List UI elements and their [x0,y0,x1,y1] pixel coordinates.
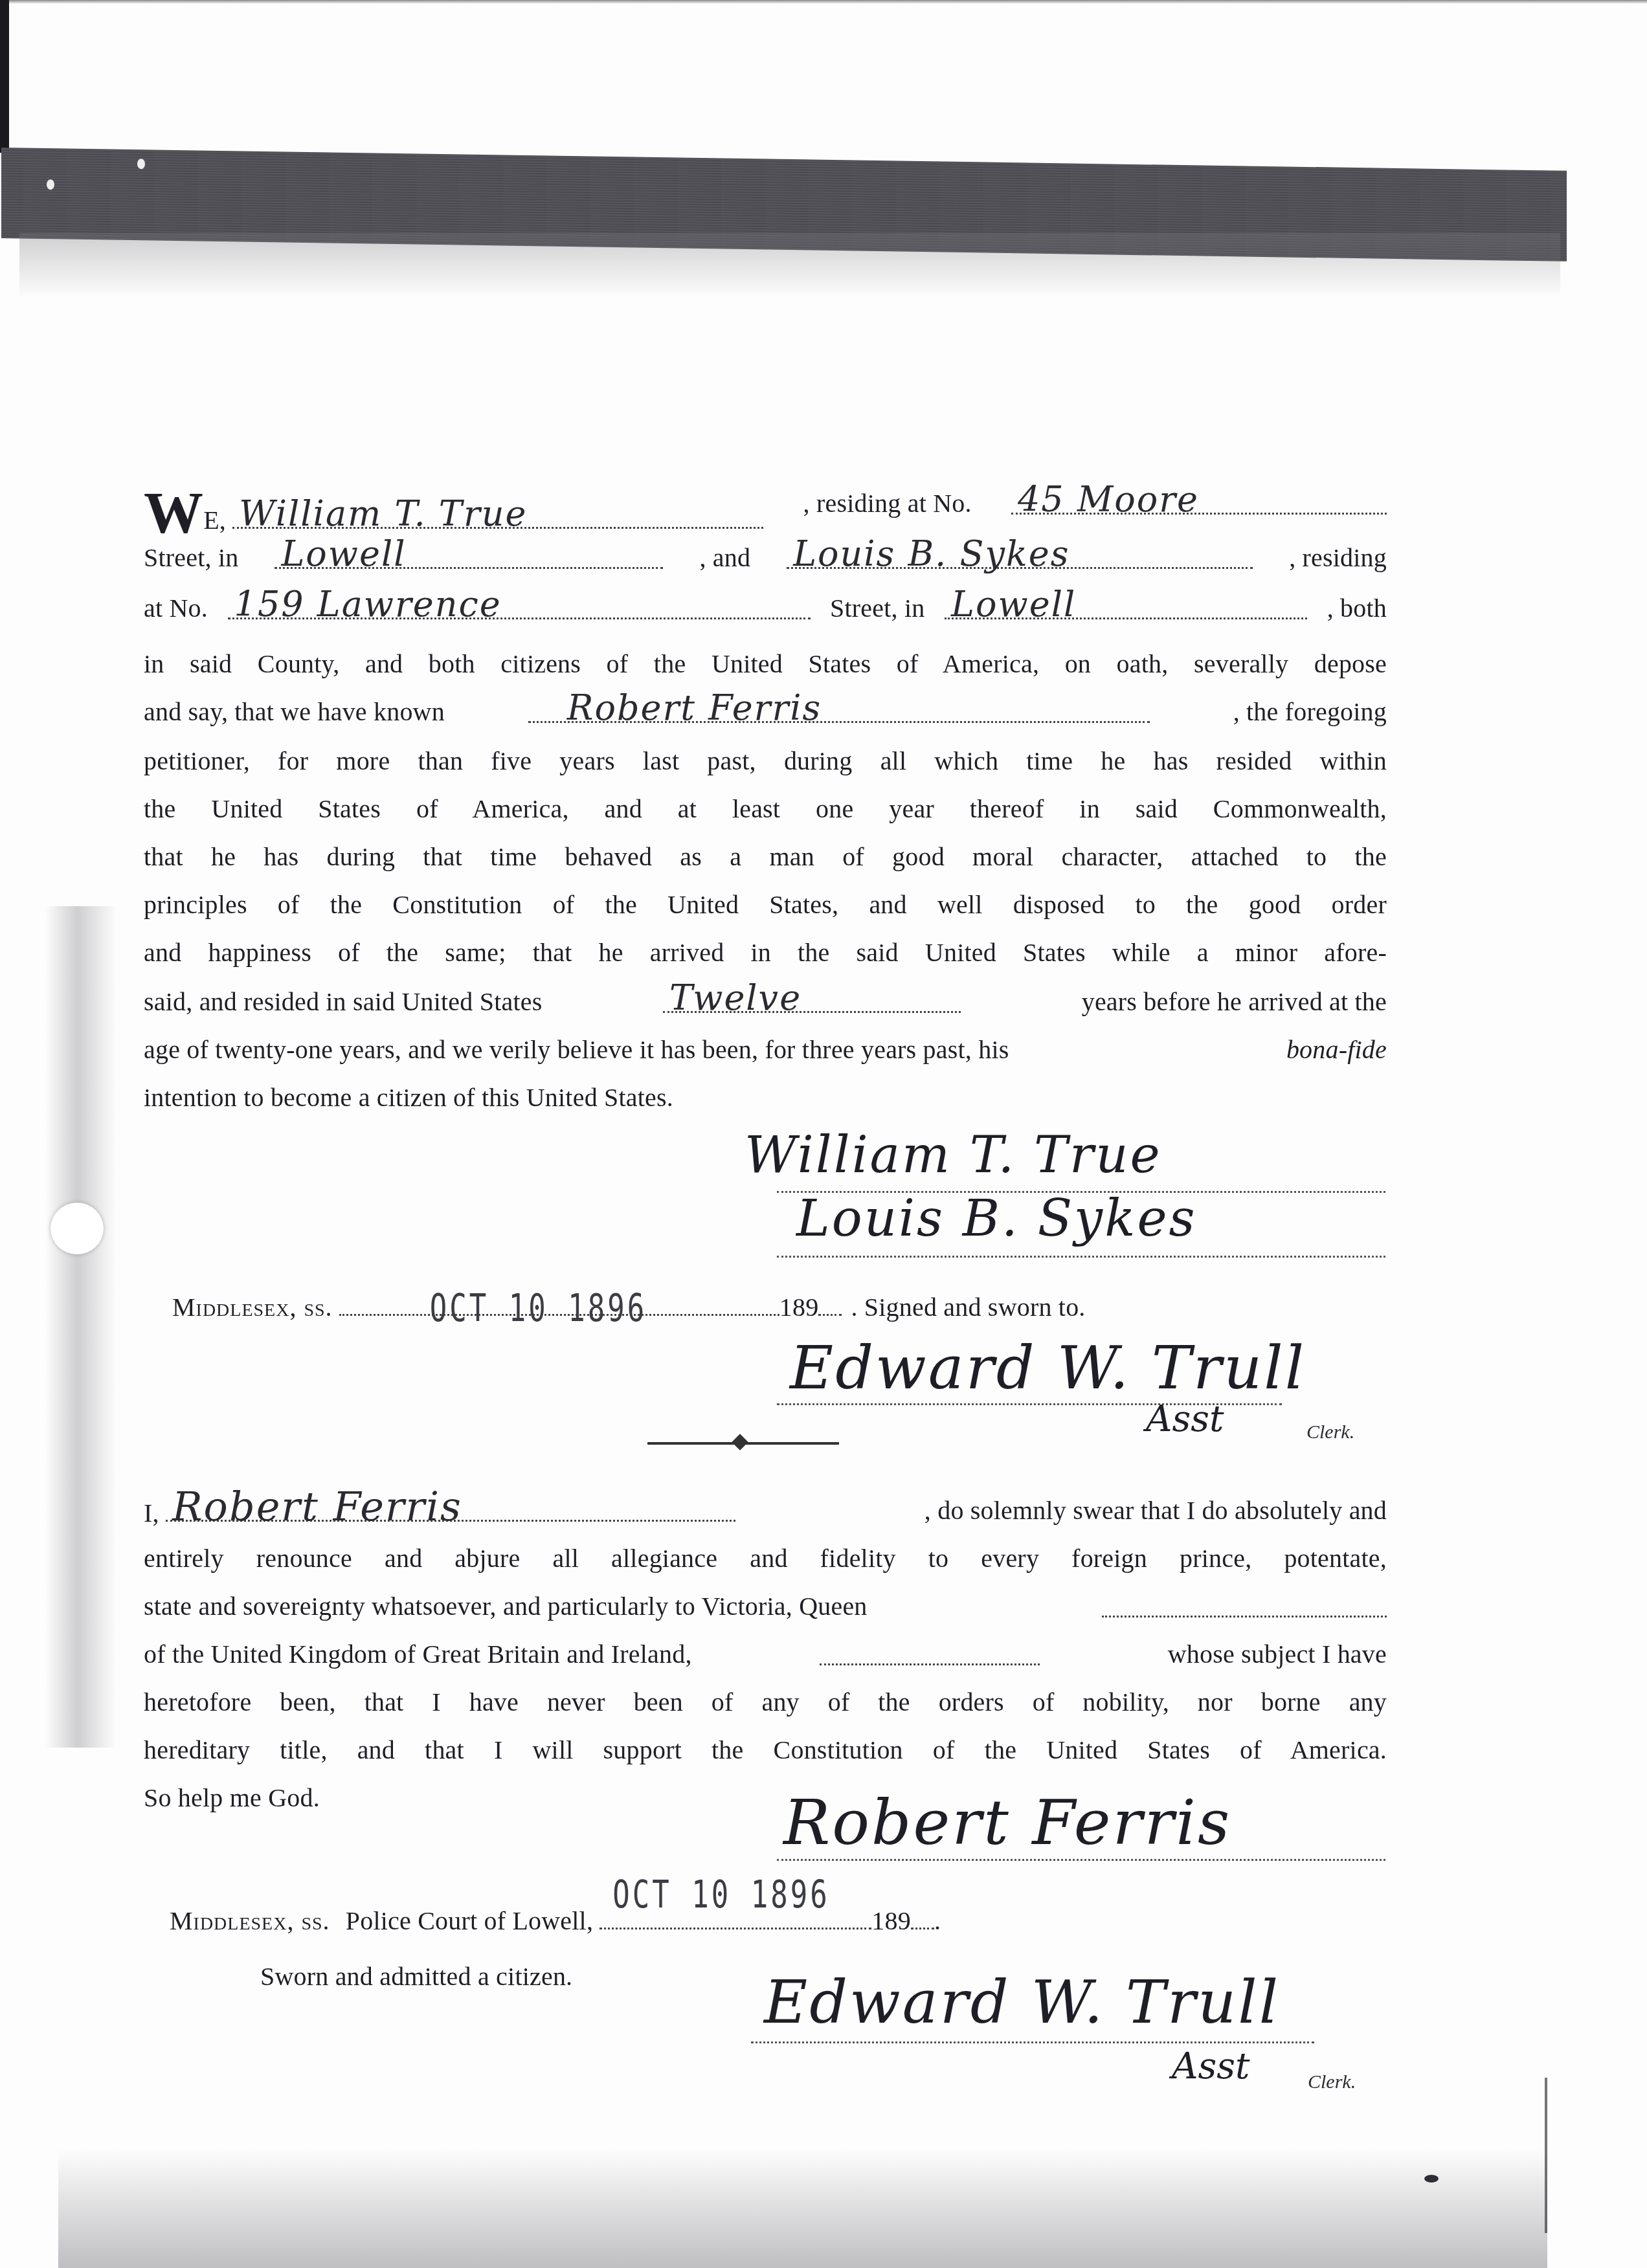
witness2-signature: Louis B. Sykes [796,1190,1197,1248]
affidavit-line-5: and say, that we have known Robert Ferri… [144,695,1387,729]
scan-right-mark [1545,2078,1547,2233]
jurat1-clerk-signature: Edward W. Trull [790,1333,1306,1403]
band-speck [137,159,145,169]
band-shadow [19,233,1560,298]
years-resided-field[interactable]: Twelve [663,985,961,1013]
band-speck [47,179,54,190]
affidavit-line-13: intention to become a citizen of this Un… [144,1081,1387,1115]
affidavit-line-11: said, and resided in said United States … [144,985,1387,1019]
witness2-name-field[interactable]: Louis B. Sykes [787,541,1253,569]
affidavit-line-7: the United States of America, and at lea… [144,792,1387,826]
petitioner-signature-line[interactable] [777,1859,1385,1861]
oath-name-field[interactable]: Robert Ferris [166,1494,735,1522]
witness2-address-field[interactable]: 159 Lawrence [228,592,811,619]
witness1-name-field[interactable]: William T. True [232,501,763,529]
affidavit-line-10: and happiness of the same; that he arriv… [144,936,1387,970]
jurat2-clerk-label: Clerk. [1308,2071,1356,2093]
jurat2-date-stamp: OCT 10 1896 [612,1873,829,1918]
witness1-signature: William T. True [745,1126,1162,1184]
affidavit-line-12: age of twenty-one years, and we verily b… [144,1033,1387,1067]
punch-hole [50,1203,104,1254]
jurat2-asst: Asst [1172,2045,1249,2087]
jurat1-county: Middlesex, ss. [172,1293,333,1322]
witness2-signature-line[interactable] [777,1256,1385,1258]
jurat1-line: Middlesex, ss. OCT 10 1896 189. Signed a… [172,1288,1143,1324]
affidavit-line-6: petitioner, for more than five years las… [144,744,1387,778]
petitioner-name-field[interactable]: Robert Ferris [528,695,1150,723]
affidavit-line-9: principles of the Constitution of the Un… [144,888,1387,922]
jurat1-asst: Asst [1146,1398,1224,1440]
oath-line-5: heretofore been, that I have never been … [144,1685,1387,1719]
jurat1-date-field[interactable]: OCT 10 1896 [339,1288,779,1316]
jurat2-county: Middlesex, ss. [170,1906,330,1935]
jurat1-date-stamp: OCT 10 1896 [430,1286,647,1331]
jurat2-clerk-line[interactable] [751,2041,1314,2043]
scan-left-edge [0,0,9,153]
country-field[interactable] [820,1638,1040,1665]
jurat2-clerk-signature: Edward W. Trull [764,1968,1280,2037]
petitioner-signature: Robert Ferris [783,1786,1231,1859]
witness2-city-field[interactable]: Lowell [945,592,1307,619]
gutter-shadow [45,906,117,1748]
drop-cap: W [144,480,203,546]
oath-line-1: I, Robert Ferris , do solemnly swear tha… [144,1494,1387,1530]
ink-blot [1424,2175,1439,2183]
oath-line-4: of the United Kingdom of Great Britain a… [144,1638,1387,1671]
oath-line-2: entirely renounce and abjure all allegia… [144,1542,1387,1575]
oath-line-3: state and sovereignty whatsoever, and pa… [144,1590,1387,1623]
scan-top-edge [0,0,1647,4]
affidavit-line-4: in said County, and both citizens of the… [144,647,1387,681]
affidavit-line-3: at No. 159 Lawrence Street, in Lowell , … [144,592,1387,625]
witness1-city-field[interactable]: Lowell [274,541,663,569]
jurat2-line: Middlesex, ss. Police Court of Lowell, O… [170,1902,1141,1938]
jurat2-date-field[interactable]: OCT 10 1896 [599,1902,871,1929]
footer-shadow [58,2149,1547,2268]
section-divider-ornament [647,1442,839,1445]
admitted-line: Sworn and admitted a citizen. [260,1960,778,1994]
sovereign-field[interactable] [1102,1590,1387,1618]
affidavit-line-8: that he has during that time behaved as … [144,840,1387,874]
jurat1-clerk-label: Clerk. [1306,1421,1354,1443]
oath-line-6: hereditary title, and that I will suppor… [144,1733,1387,1767]
affidavit-line-2: Street, in Lowell , and Louis B. Sykes ,… [144,541,1387,575]
affidavit-line-1: WE, William T. True , residing at No. 45… [144,487,1387,539]
witness1-address-field[interactable]: 45 Moore [1011,487,1387,515]
